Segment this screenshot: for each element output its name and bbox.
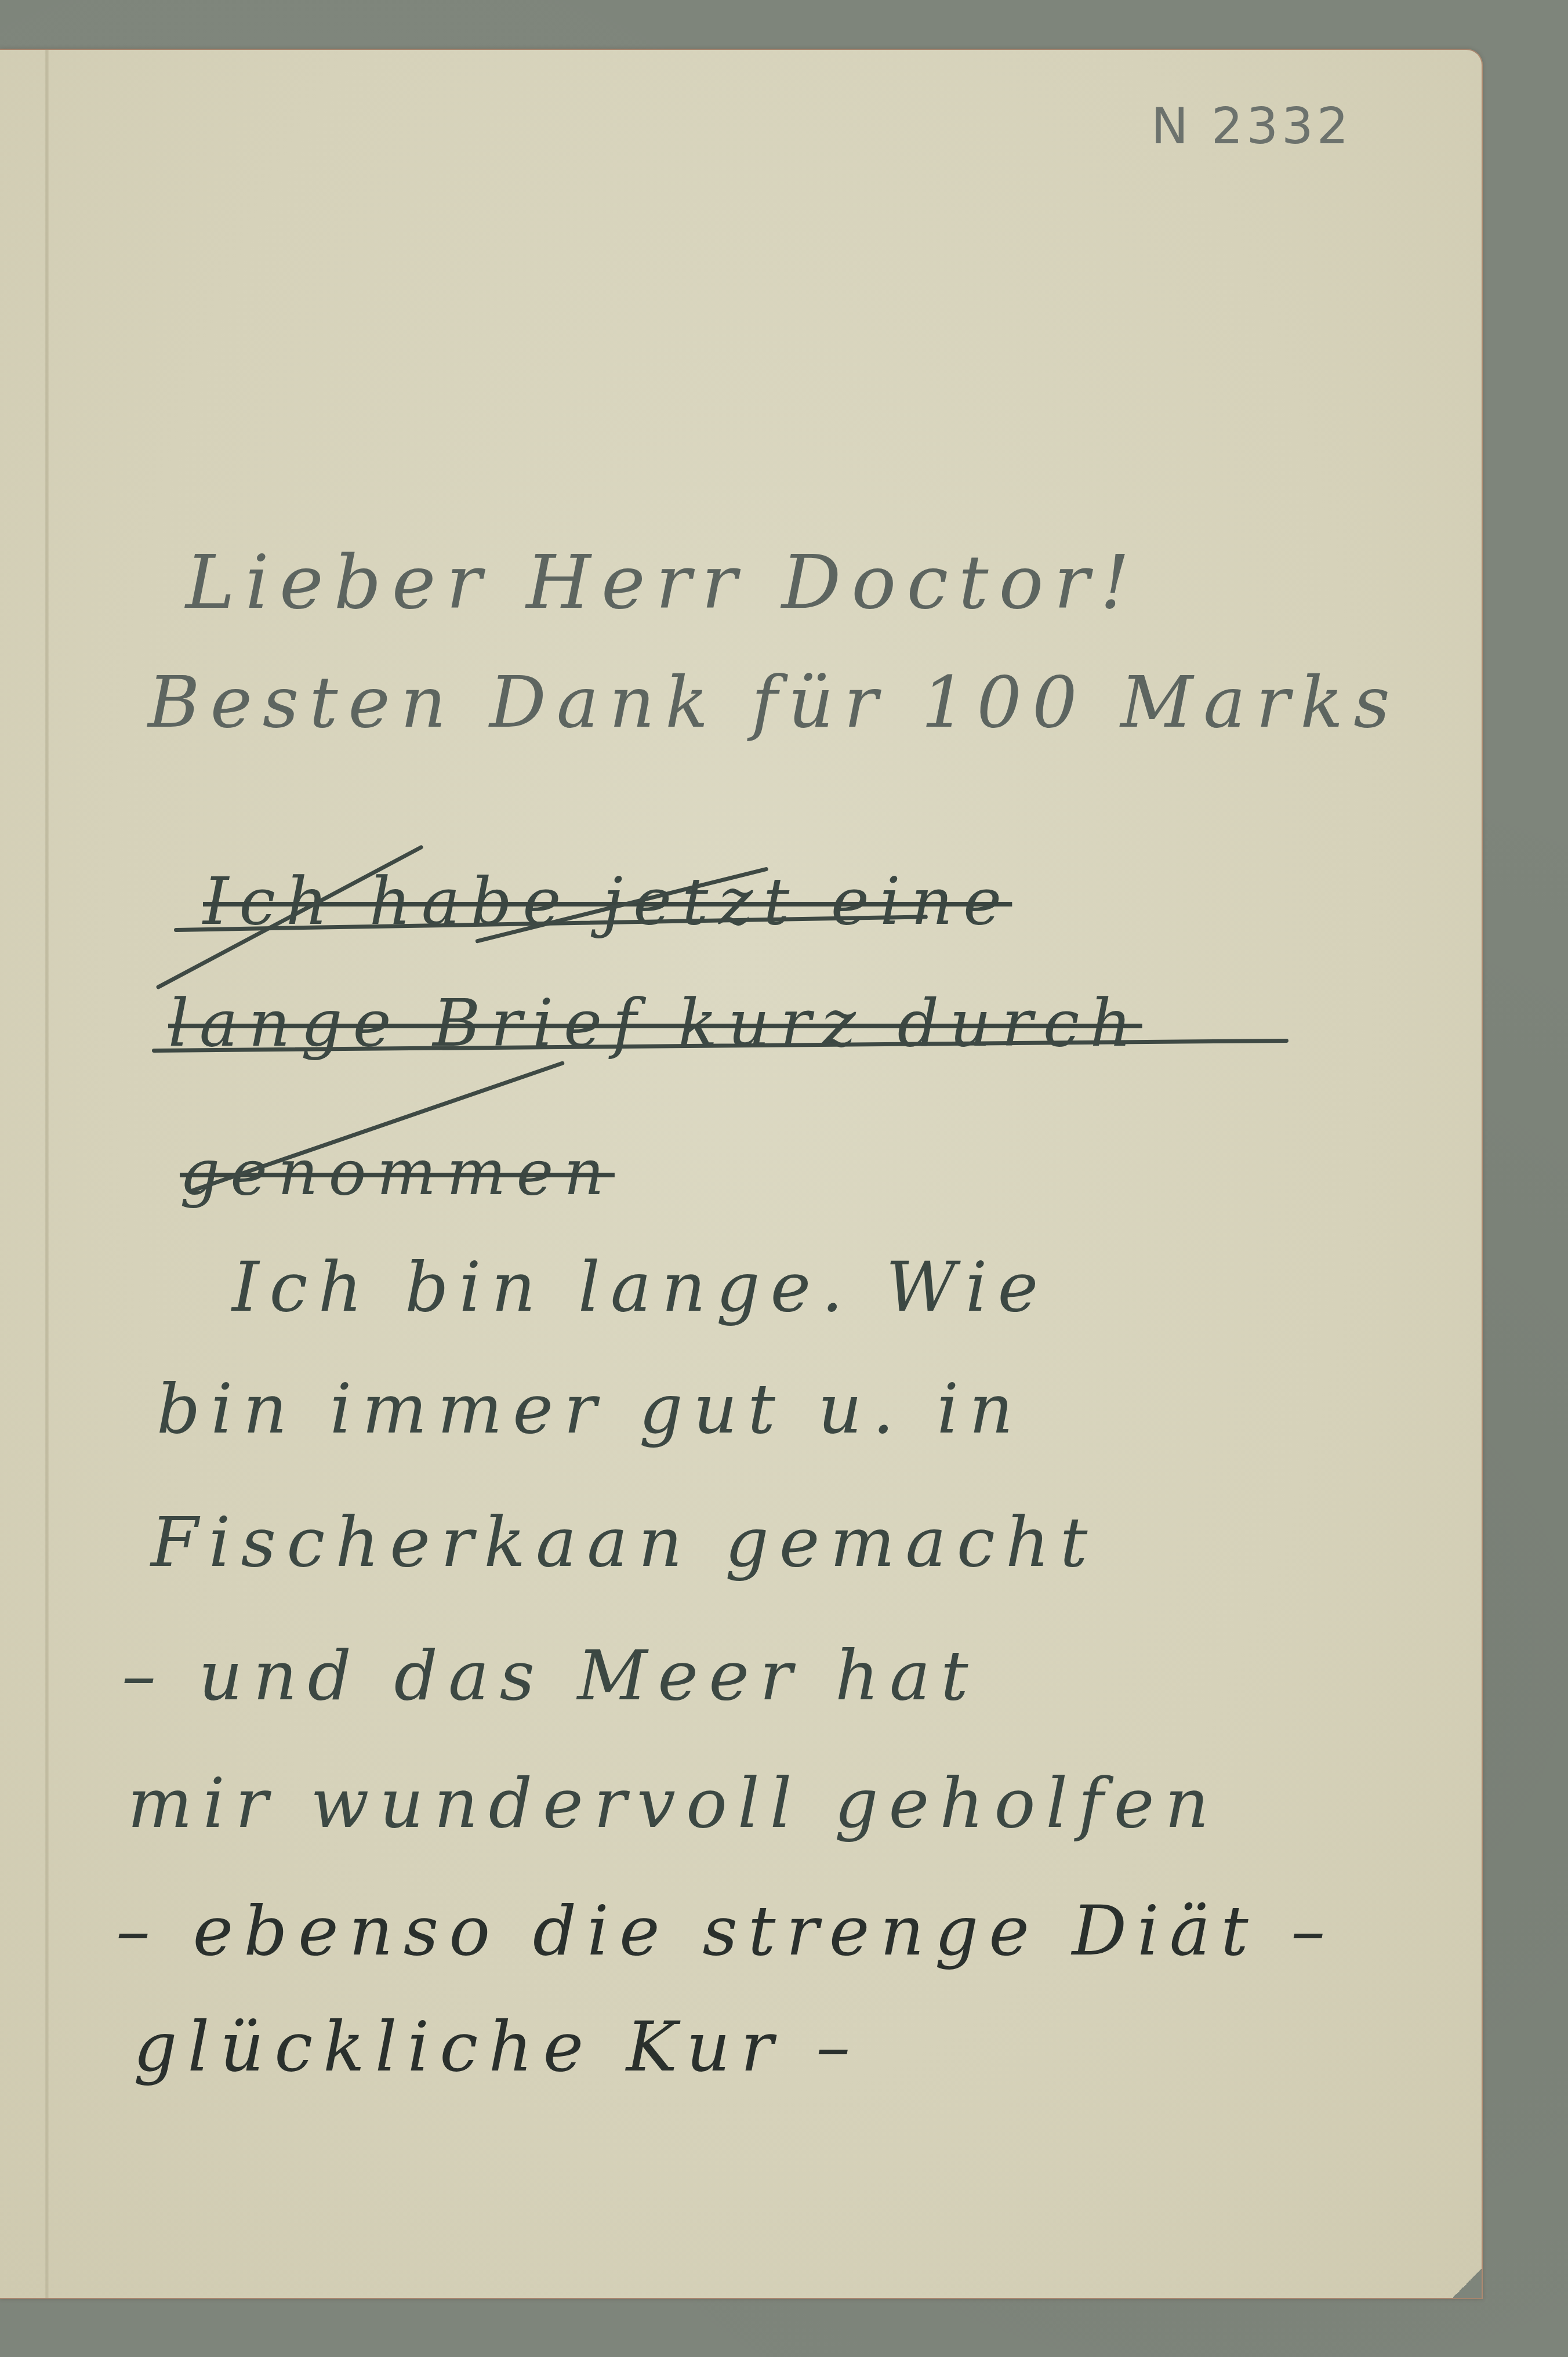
- letter-line-1: Besten Dank für 100 Marks: [148, 661, 1400, 744]
- archive-number: N 2332: [1151, 97, 1352, 155]
- letter-line-3: bin immer gut u. in: [157, 1369, 1023, 1449]
- letter-line-8: glückliche Kur –: [133, 2007, 861, 2087]
- salutation: Lieber Herr Doctor!: [186, 539, 1140, 626]
- letter-line-7: – ebenso die strenge Diät –: [116, 1891, 1335, 1971]
- letter-line-2: Ich bin lange. Wie: [232, 1247, 1048, 1327]
- letter-line-4: Fischerkaan gemacht: [151, 1502, 1098, 1582]
- letter-line-5: – und das Meer hat: [122, 1636, 979, 1716]
- letter-line-6: mir wundervoll geholfen: [128, 1763, 1219, 1843]
- folded-corner: [1453, 2269, 1482, 2298]
- fold-gutter: [45, 50, 49, 2298]
